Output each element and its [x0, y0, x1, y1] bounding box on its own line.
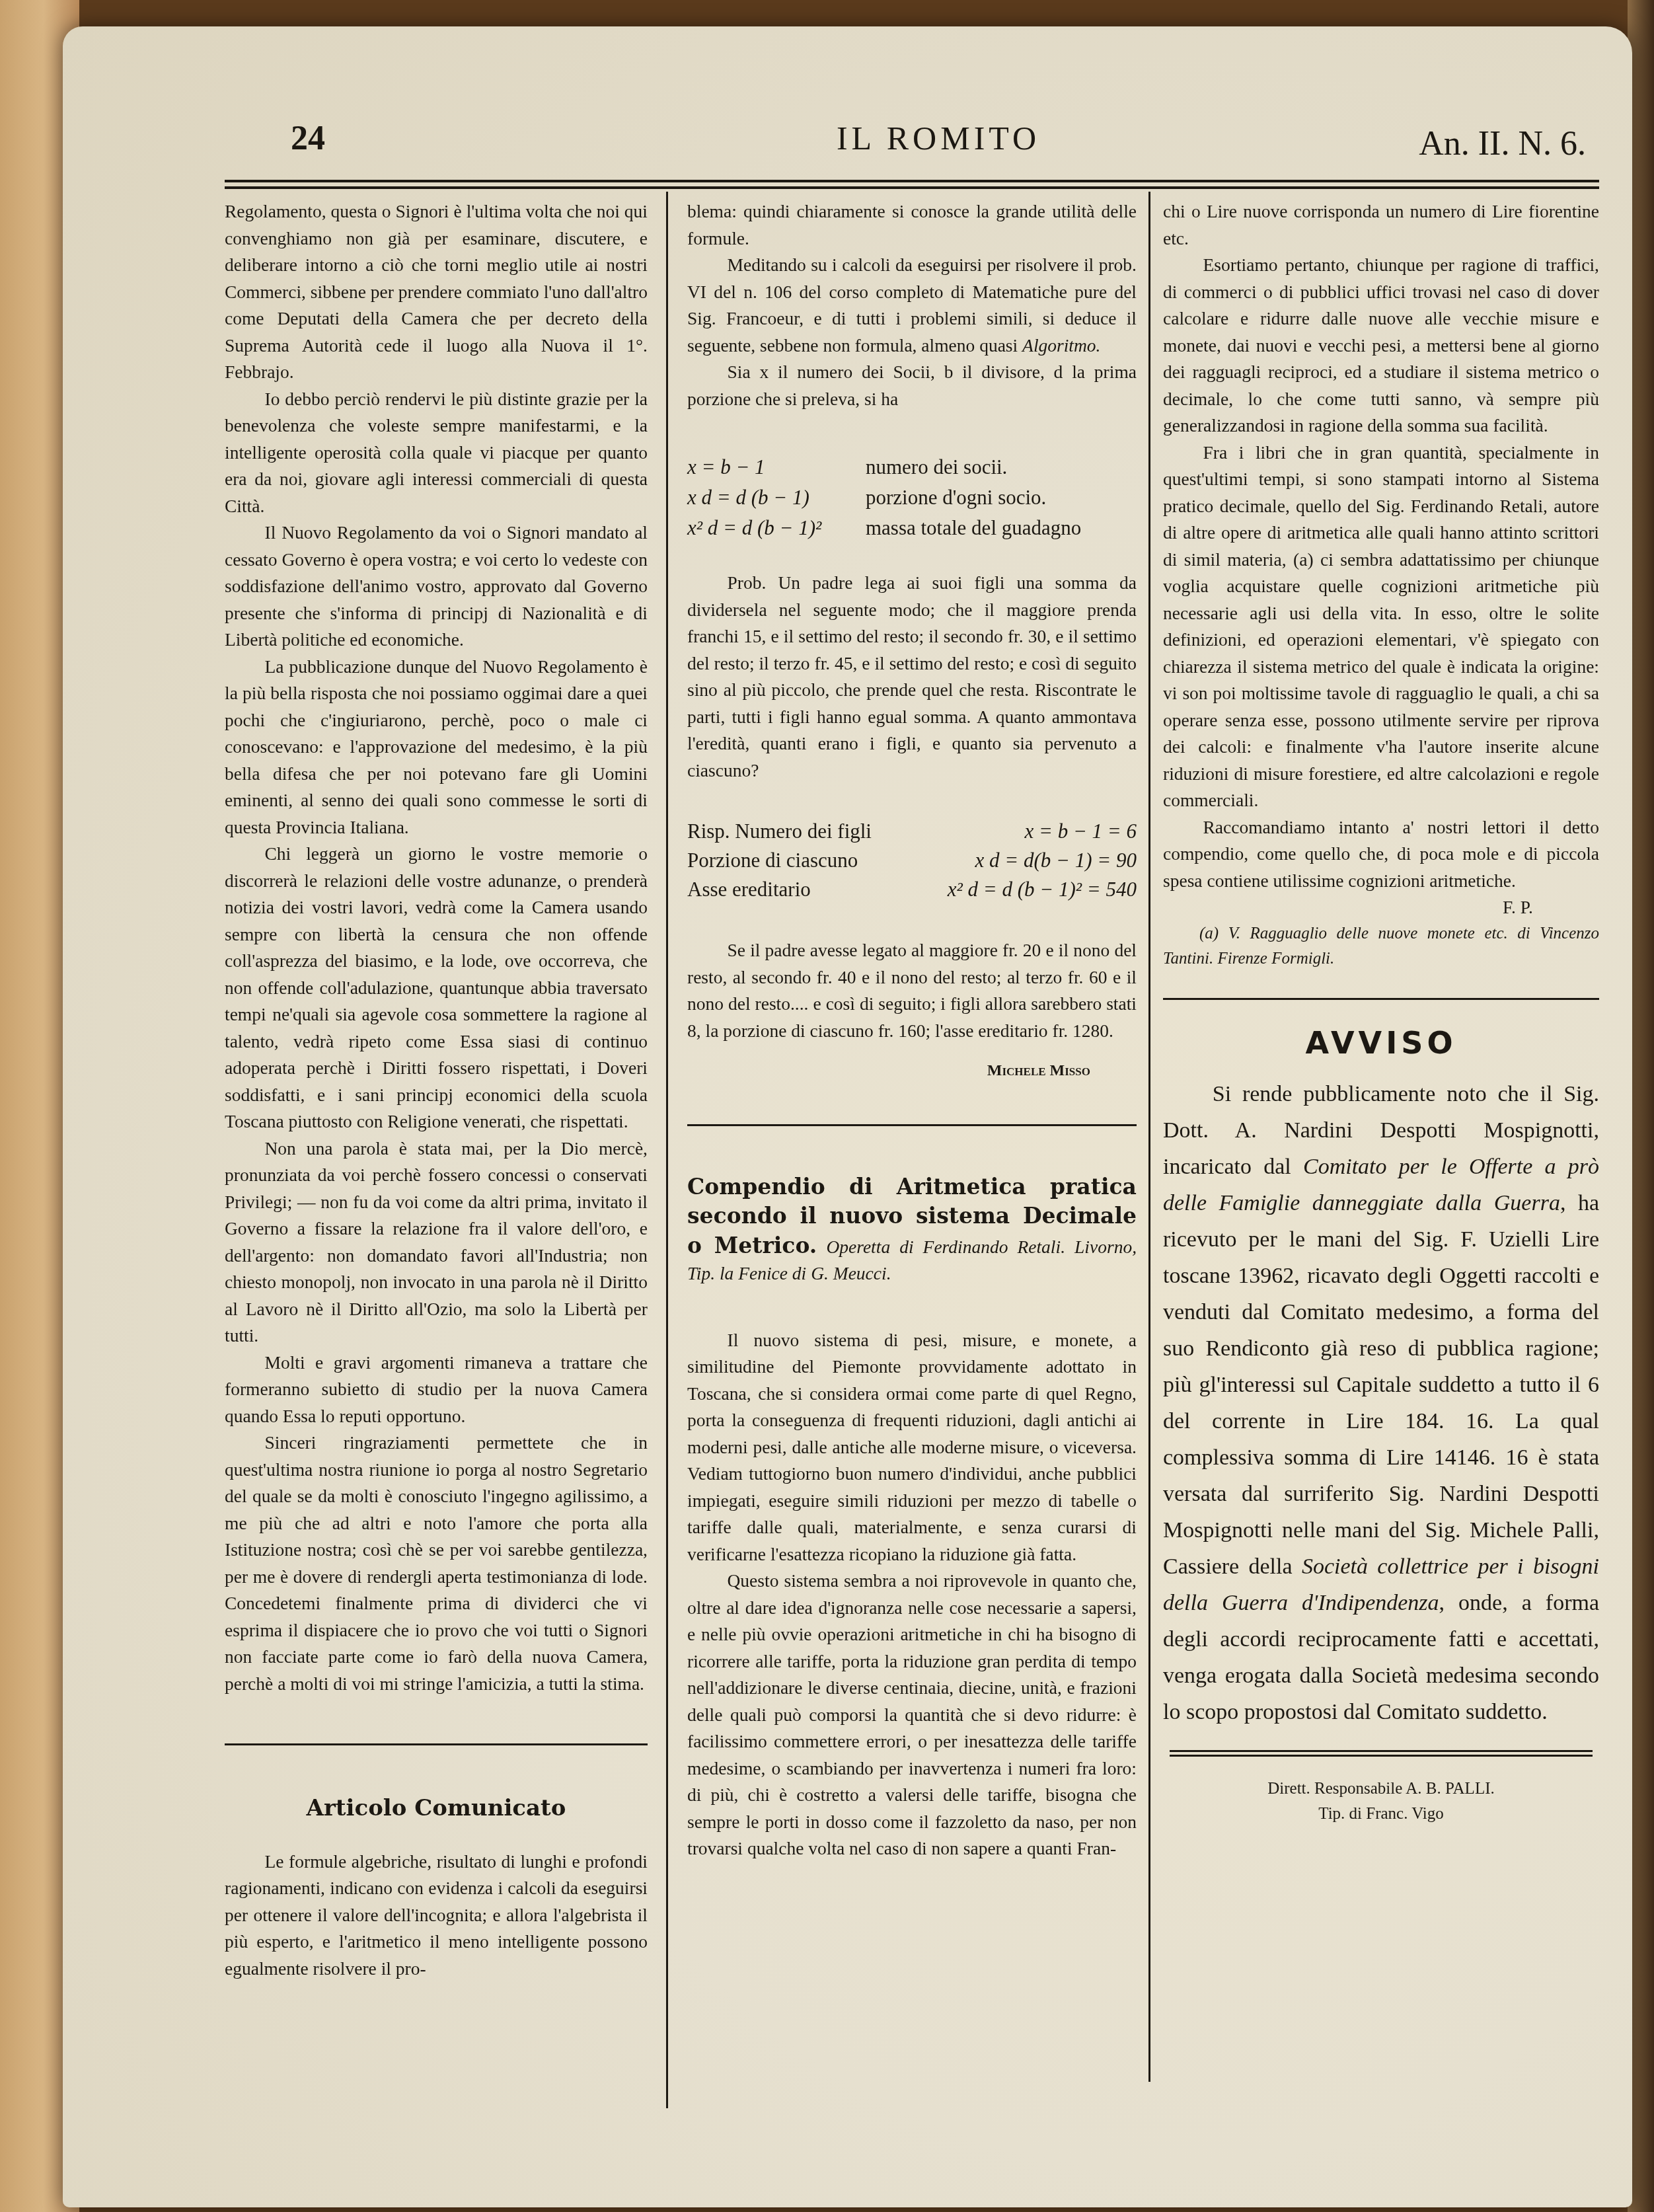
- answer-row: Asse ereditariox² d = d (b − 1)² = 540: [687, 875, 1137, 904]
- problem-paragraph: Prob. Un padre lega ai suoi figli una so…: [687, 570, 1137, 784]
- column-1: Regolamento, questa o Signori è l'ultima…: [225, 198, 648, 1982]
- formula-row: x = b − 1numero dei socii.: [687, 452, 1137, 482]
- answer-row: Risp. Numero dei figlix = b − 1 = 6: [687, 817, 1137, 846]
- paragraph: Non una parola è stata mai, per la Dio m…: [225, 1135, 648, 1350]
- section-heading-articolo-comunicato: Articolo Comunicato: [225, 1795, 648, 1822]
- imprint-director: Dirett. Responsabile A. B. PALLI.: [1163, 1776, 1599, 1802]
- section-divider: [225, 1743, 648, 1745]
- masthead: 24 IL ROMITO An. II. N. 6.: [291, 119, 1586, 165]
- avviso-heading: AVVISO: [1163, 1030, 1599, 1057]
- author-initials: F. P.: [1163, 894, 1533, 921]
- review-heading: Compendio di Aritmetica pratica secondo …: [687, 1172, 1137, 1287]
- author-signature: Michele Misso: [687, 1057, 1090, 1085]
- paragraph: Chi leggerà un giorno le vostre memorie …: [225, 841, 648, 1135]
- formula-row: x d = d (b − 1)porzione d'ogni socio.: [687, 482, 1137, 513]
- paragraph: Esortiamo pertanto, chiunque per ragione…: [1163, 252, 1599, 439]
- paragraph: Questo sistema sembra a noi riprovevole …: [687, 1568, 1137, 1862]
- paragraph: Fra i libri che in gran quantità, specia…: [1163, 439, 1599, 814]
- section-divider: [1163, 998, 1599, 1000]
- paragraph: Regolamento, questa o Signori è l'ultima…: [225, 198, 648, 386]
- section-divider: [687, 1124, 1137, 1126]
- paragraph: Il Nuovo Regolamento da voi o Signori ma…: [225, 519, 648, 654]
- masthead-double-rule: [225, 180, 1599, 189]
- avviso-notice: Si rende pubblicamente noto che il Sig. …: [1163, 1076, 1599, 1730]
- formula-block: x = b − 1numero dei socii. x d = d (b − …: [687, 452, 1137, 543]
- answer-row: Porzione di ciascunox d = d(b − 1) = 90: [687, 846, 1137, 875]
- column-3: chi o Lire nuove corrisponda un numero d…: [1163, 198, 1599, 1827]
- paragraph: Meditando su i calcoli da eseguirsi per …: [687, 252, 1137, 359]
- paragraph: Raccomandiamo intanto a' nostri lettori …: [1163, 814, 1599, 895]
- answer-block: Risp. Numero dei figlix = b − 1 = 6 Porz…: [687, 817, 1137, 904]
- paragraph: La pubblicazione dunque del Nuovo Regola…: [225, 654, 648, 841]
- paragraph: chi o Lire nuove corrisponda un numero d…: [1163, 198, 1599, 252]
- algoritmo-term: Algoritmo.: [1022, 335, 1100, 356]
- column-divider-2: [1148, 192, 1150, 2082]
- imprint-printer: Tip. di Franc. Vigo: [1163, 1802, 1599, 1827]
- paragraph: Molti e gravi argomenti rimaneva a tratt…: [225, 1350, 648, 1430]
- footer-double-rule: [1170, 1750, 1593, 1757]
- footnote: (a) V. Ragguaglio delle nuove monete etc…: [1163, 921, 1599, 972]
- paragraph: Le formule algebriche, risultato di lung…: [225, 1849, 648, 1983]
- paragraph: Sia x il numero dei Socii, b il divisore…: [687, 359, 1137, 412]
- paragraph: Se il padre avesse legato al maggiore fr…: [687, 937, 1137, 1044]
- paragraph: Sinceri ringraziamenti permettete che in…: [225, 1430, 648, 1697]
- newspaper-title: IL ROMITO: [291, 119, 1586, 157]
- paragraph: blema: quindi chiaramente si conosce la …: [687, 198, 1137, 252]
- column-divider-1: [666, 192, 668, 2108]
- paragraph: Io debbo perciò rendervi le più distinte…: [225, 386, 648, 520]
- formula-row: x² d = d (b − 1)²massa totale del guadag…: [687, 513, 1137, 543]
- paragraph: Il nuovo sistema di pesi, misure, e mone…: [687, 1327, 1137, 1568]
- column-2: blema: quindi chiaramente si conosce la …: [687, 198, 1137, 1862]
- issue-number: An. II. N. 6.: [1419, 124, 1586, 163]
